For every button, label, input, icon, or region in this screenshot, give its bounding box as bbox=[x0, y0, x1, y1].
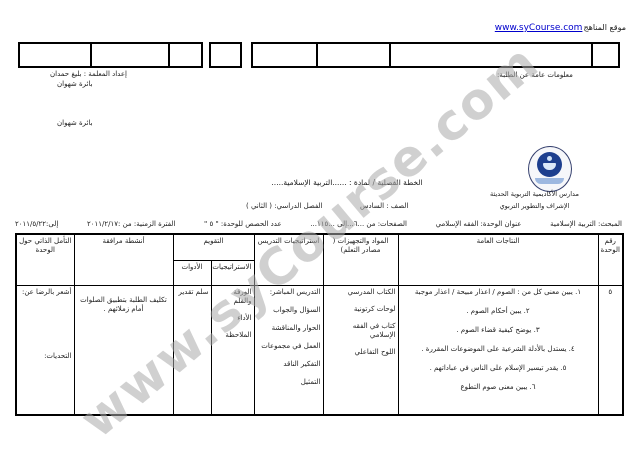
students-info-label: معلومات عامة عن الطلبة: bbox=[497, 71, 573, 80]
outcome-item: ٦. يبين معنى صوم التطوع bbox=[401, 383, 596, 392]
assessment-tool-item: سلم تقدير bbox=[176, 288, 209, 297]
period-from-label: الفترة الزمنية: من :٢٠١١/٢/١٧ bbox=[87, 220, 175, 228]
activity-item: تكليف الطلبة بتطبيق الصلوات أمام زملائهم… bbox=[77, 296, 171, 314]
info-table-cell bbox=[209, 42, 242, 68]
logo-ribbon-icon bbox=[535, 178, 564, 184]
info-table-cell bbox=[168, 42, 203, 68]
col-header-self-reflection: التأمل الذاتي حول الوحدة bbox=[16, 234, 74, 286]
period-to-label: إلى:٢٠١١/٥/٢٢ bbox=[15, 220, 58, 228]
pages-label: الصفحات: من ...٦...إلى ...١١٥... bbox=[310, 220, 407, 228]
teaching-strategy-item: التدريس المباشر: bbox=[257, 288, 321, 297]
col-header-unit-number: رقم الوحدة bbox=[598, 234, 623, 286]
semester-label: الفصل الدراسي: ( الثاني ) bbox=[246, 202, 323, 211]
material-item: كتاب في الفقه الإسلامي bbox=[326, 322, 396, 340]
prepared-by-label: إعداد المعلمة : بليغ حمدان bbox=[50, 70, 127, 79]
subject-label: المبحث: التربية الإسلامية bbox=[550, 220, 622, 228]
col-header-assessment-tools: الأدوات bbox=[173, 261, 211, 286]
school-name: مدارس الأكاديمية التربوية الحديثة bbox=[487, 190, 582, 198]
lessons-count-label: عدد الحصص للوحدة: " ٥ " bbox=[204, 220, 282, 228]
outcome-item: ٥. يقدر تيسير الإسلام على الناس في عبادا… bbox=[401, 364, 596, 373]
assessment-strategy-item: الملاحظة bbox=[214, 331, 252, 340]
document-page: موقع المناهجwww.syCourse.com إعداد المعل… bbox=[0, 0, 640, 453]
unit-info-line: المبحث: التربية الإسلامية عنوان الوحدة: … bbox=[15, 220, 622, 228]
assessment-strategy-item: الورقة والقلم bbox=[214, 288, 252, 306]
teacher-name-repeat: بائرة شهوان bbox=[57, 119, 93, 128]
plan-title: الخطة الفصلية / لمادة : ......التربية ال… bbox=[260, 178, 434, 188]
reflection-challenges-label: التحديات: bbox=[19, 352, 72, 361]
cell-materials: الكتاب المدرسي لوحات كرتونية كتاب في الف… bbox=[323, 286, 398, 416]
school-department: الإشراف والتطوير التربوي bbox=[487, 202, 582, 210]
col-header-assessment-strategies: الاستراتيجيات bbox=[211, 261, 254, 286]
col-header-general-outcomes: النتاجات العامة bbox=[398, 234, 598, 286]
outcome-item: ٤. يستدل بالأدلة الشرعية على الموضوعات ا… bbox=[401, 345, 596, 354]
cell-assessment-tools: سلم تقدير bbox=[173, 286, 211, 416]
school-name-block: مدارس الأكاديمية التربوية الحديثة الإشرا… bbox=[487, 190, 582, 210]
info-table-cell bbox=[389, 42, 593, 68]
teaching-strategy-item: العمل في مجموعات bbox=[257, 342, 321, 351]
cell-assessment-strategies: الورقة والقلم الأداء الملاحظة bbox=[211, 286, 254, 416]
grade-label: الصف : السادس bbox=[360, 202, 408, 211]
col-header-materials: المواد والتجهيزات ( مصادر التعلم) bbox=[323, 234, 398, 286]
teacher-name: بائرة شهوان bbox=[57, 80, 93, 89]
teaching-strategy-item: التمثيل bbox=[257, 378, 321, 387]
cell-teaching-strategies: التدريس المباشر: السؤال والجواب الحوار و… bbox=[254, 286, 323, 416]
col-header-teaching-strategies: استراتيجيات التدريس bbox=[254, 234, 323, 286]
material-item: اللوح التفاعلي bbox=[326, 348, 396, 357]
cell-accompanying-activities: تكليف الطلبة بتطبيق الصلوات أمام زملائهم… bbox=[74, 286, 173, 416]
col-header-assessment: التقويم bbox=[173, 234, 254, 261]
reflection-satisfaction-label: أشعر بالرضا عن: bbox=[19, 288, 72, 297]
material-item: الكتاب المدرسي bbox=[326, 288, 396, 297]
logo-figure-icon bbox=[547, 156, 552, 161]
col-header-accompanying-activities: أنشطة مرافقة bbox=[74, 234, 173, 286]
site-name: موقع المناهج bbox=[583, 23, 626, 32]
teaching-strategy-item: الحوار والمناقشة bbox=[257, 324, 321, 333]
students-info-table bbox=[18, 42, 620, 68]
school-logo bbox=[527, 145, 573, 193]
unit-title-label: عنوان الوحدة: الفقه الإسلامي bbox=[436, 220, 522, 228]
material-item: لوحات كرتونية bbox=[326, 305, 396, 314]
outcome-item: ١. يبين معنى كل من : الصوم / اعذار مبيحة… bbox=[401, 288, 596, 297]
assessment-strategy-item: الأداء bbox=[214, 314, 252, 323]
cell-general-outcomes: ١. يبين معنى كل من : الصوم / اعذار مبيحة… bbox=[398, 286, 598, 416]
site-url-link[interactable]: www.syCourse.com bbox=[495, 23, 583, 33]
site-link-line: موقع المناهجwww.syCourse.com bbox=[495, 23, 626, 33]
info-table-cell bbox=[90, 42, 170, 68]
info-table-cell bbox=[18, 42, 92, 68]
teaching-strategy-item: التفكير الناقد bbox=[257, 360, 321, 369]
outcome-item: ٢. يبين أحكام الصوم . bbox=[401, 307, 596, 316]
semester-plan-table: رقم الوحدة النتاجات العامة المواد والتجه… bbox=[15, 233, 624, 416]
info-table-cell bbox=[251, 42, 318, 68]
info-table-cell bbox=[316, 42, 391, 68]
cell-self-reflection: أشعر بالرضا عن: التحديات: bbox=[16, 286, 74, 416]
cell-unit-number: ٥ bbox=[598, 286, 623, 416]
info-table-cell bbox=[591, 42, 620, 68]
teaching-strategy-item: السؤال والجواب bbox=[257, 306, 321, 315]
outcome-item: ٣. يوضح كيفية قضاء الصوم . bbox=[401, 326, 596, 335]
